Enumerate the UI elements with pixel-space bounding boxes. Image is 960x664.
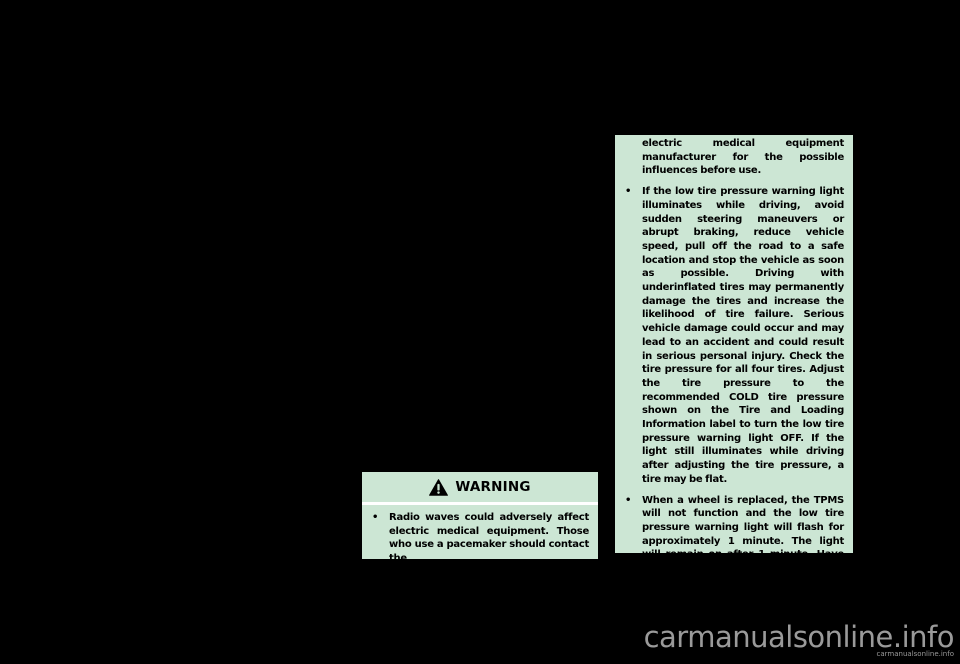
watermark: carmanualsonline.info carmanualsonline.i… xyxy=(644,622,954,658)
bullet-text: Radio waves could adversely affect elect… xyxy=(389,512,589,564)
warning-header: WARNING xyxy=(362,472,598,505)
bullet-marker: • xyxy=(625,185,631,199)
bullet-marker: • xyxy=(625,494,631,508)
warning-triangle-icon xyxy=(429,479,448,496)
warning-bullet-list: electric medical equipment manufacturer … xyxy=(615,135,853,603)
continuation-text: electric medical equipment manufacturer … xyxy=(642,138,844,176)
warning-box-left: WARNING • Radio waves could adversely af… xyxy=(362,472,598,559)
warning-bullet: • If the low tire pressure warning light… xyxy=(623,185,844,486)
bullet-text: If the low tire pressure warning light i… xyxy=(642,186,844,485)
warning-title: WARNING xyxy=(455,479,530,495)
bullet-marker: • xyxy=(372,511,378,525)
warning-bullet: • When a wheel is replaced, the TPMS wil… xyxy=(623,494,844,604)
warning-box-right: electric medical equipment manufacturer … xyxy=(615,135,853,553)
watermark-main: carmanualsonline.info xyxy=(644,622,954,652)
warning-continuation-text: electric medical equipment manufacturer … xyxy=(623,137,844,178)
warning-bullet: • Radio waves could adversely affect ele… xyxy=(370,511,589,566)
warning-bullet-list: • Radio waves could adversely affect ele… xyxy=(362,505,598,566)
bullet-text: When a wheel is replaced, the TPMS will … xyxy=(642,495,844,602)
